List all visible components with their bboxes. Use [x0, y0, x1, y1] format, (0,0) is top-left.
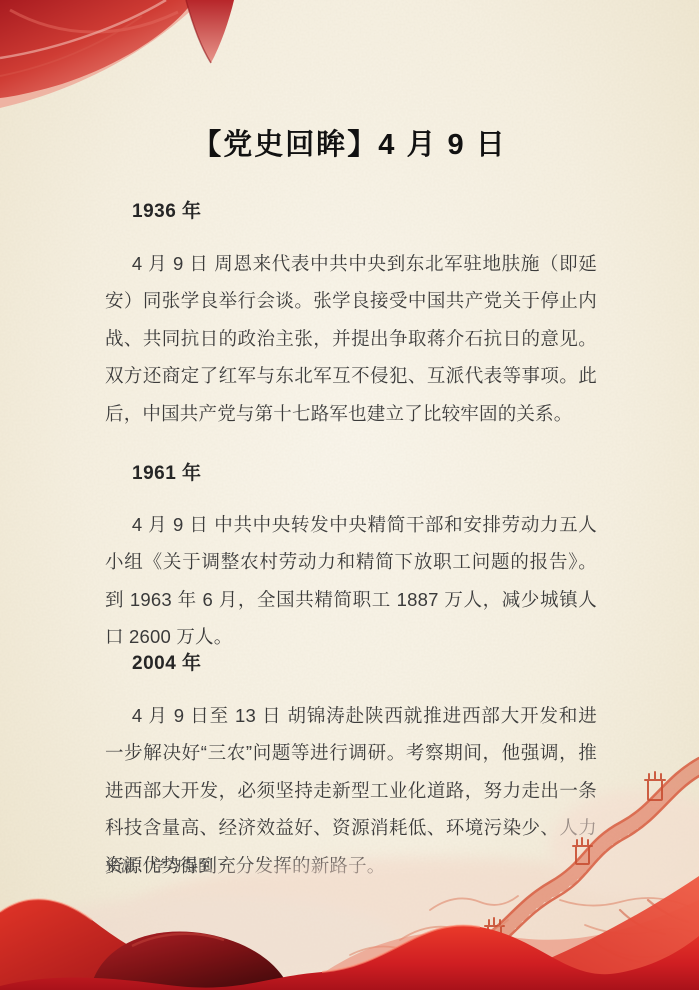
section-year-1961: 1961 年	[132, 461, 592, 487]
article-page: 【党史回眸】4 月 9 日 1936 年 4 月 9 日 周恩来代表中共中央到东…	[0, 0, 699, 990]
wave-under	[300, 900, 699, 990]
section-year-1936: 1936 年	[132, 199, 592, 225]
red-ribbon-icon	[0, 0, 310, 140]
wave-right-swoosh	[470, 876, 699, 990]
section-paragraph-1936: 4 月 9 日 周恩来代表中共中央到东北军驻地肤施（即延安）同张学良举行会谈。张…	[105, 245, 597, 433]
source-credit: 来源：学习强国	[105, 856, 214, 878]
section-year-2004: 2004 年	[132, 651, 592, 677]
section-paragraph-1961: 4 月 9 日 中共中央转发中央精简干部和安排劳动力五人小组《关于调整农村劳动力…	[105, 506, 597, 656]
silk-dome	[90, 931, 290, 990]
wave-main	[0, 925, 699, 990]
page-title: 【党史回眸】4 月 9 日	[0, 125, 699, 165]
wave-left	[0, 899, 196, 990]
